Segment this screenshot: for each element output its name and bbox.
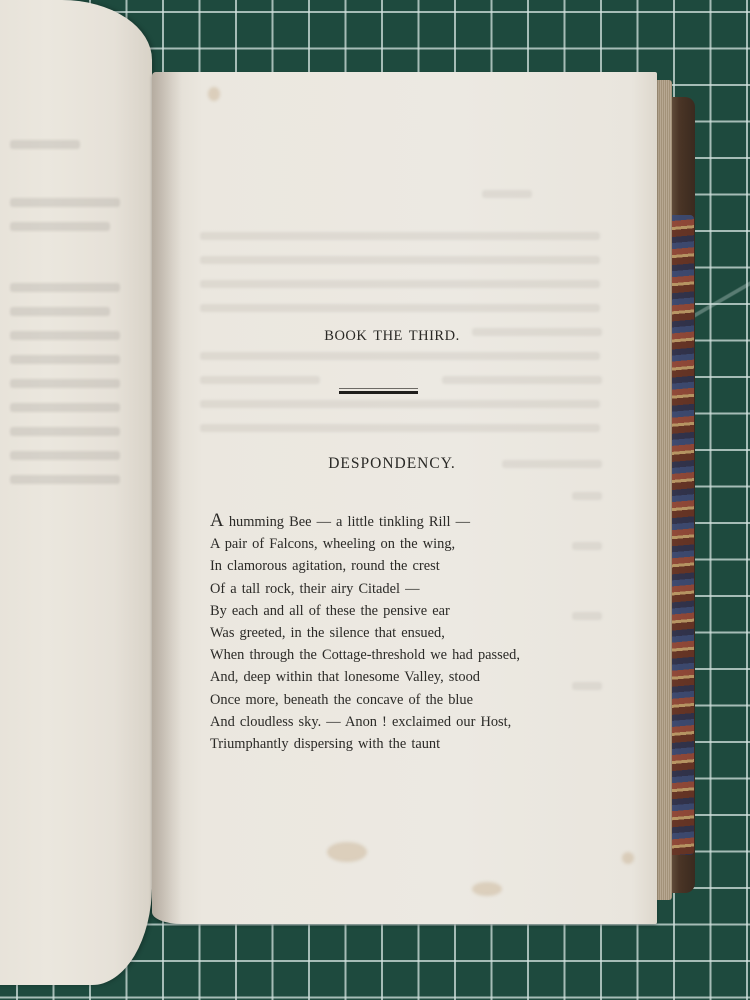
show-through-text	[10, 475, 120, 484]
show-through-text	[200, 424, 600, 432]
poem-line-text: humming Bee — a little tinkling Rill —	[224, 514, 470, 530]
show-through-text	[10, 451, 120, 460]
initial-letter: A	[210, 510, 224, 531]
show-through-text	[200, 280, 600, 288]
show-through-text	[200, 232, 600, 240]
show-through-text	[10, 198, 120, 207]
foxing-stain	[327, 842, 367, 862]
poem-line: By each and all of these the pensive ear	[210, 600, 520, 622]
show-through-text	[10, 283, 120, 292]
show-through-text	[442, 376, 602, 384]
poem-line: A pair of Falcons, wheeling on the wing,	[210, 533, 520, 555]
left-page-curled	[0, 0, 152, 985]
section-title: DESPONDENCY.	[152, 455, 632, 473]
poem-line: A humming Bee — a little tinkling Rill —	[210, 510, 520, 533]
show-through-text	[572, 492, 602, 500]
show-through-text	[572, 682, 602, 690]
show-through-text	[10, 427, 120, 436]
foxing-stain	[472, 882, 502, 896]
show-through-text	[10, 403, 120, 412]
show-through-text	[200, 400, 600, 408]
marbled-endpaper-edge	[672, 215, 694, 855]
poem-line: And cloudless sky. — Anon ! exclaimed ou…	[210, 711, 520, 733]
show-through-text	[10, 379, 120, 388]
show-through-text	[572, 542, 602, 550]
show-through-text	[200, 304, 600, 312]
poem-line: Triumphantly dispersing with the taunt	[210, 733, 520, 755]
foxing-stain	[208, 87, 220, 101]
divider-thick-line	[339, 391, 418, 394]
poem-line: When through the Cottage-threshold we ha…	[210, 644, 520, 666]
show-through-text	[572, 612, 602, 620]
show-through-text	[10, 140, 80, 149]
right-page: BOOK THE THIRD. DESPONDENCY. A humming B…	[152, 72, 657, 924]
show-through-text	[10, 331, 120, 340]
divider-thin-line	[339, 388, 418, 389]
book-heading: BOOK THE THIRD.	[152, 328, 632, 345]
poem-line: In clamorous agitation, round the crest	[210, 555, 520, 577]
show-through-text	[10, 307, 110, 316]
show-through-text	[200, 256, 600, 264]
show-through-text	[10, 355, 120, 364]
poem-line: And, deep within that lonesome Valley, s…	[210, 666, 520, 688]
double-rule-divider	[339, 388, 418, 394]
poem-line: Was greeted, in the silence that ensued,	[210, 622, 520, 644]
poem-line: Of a tall rock, their airy Citadel —	[210, 578, 520, 600]
show-through-text	[482, 190, 532, 198]
show-through-text	[10, 222, 110, 231]
poem-text: A humming Bee — a little tinkling Rill —…	[210, 510, 520, 755]
foxing-stain	[622, 852, 634, 864]
poem-line: Once more, beneath the concave of the bl…	[210, 689, 520, 711]
gutter-shadow	[152, 72, 182, 924]
show-through-text	[200, 352, 600, 360]
show-through-text	[200, 376, 320, 384]
